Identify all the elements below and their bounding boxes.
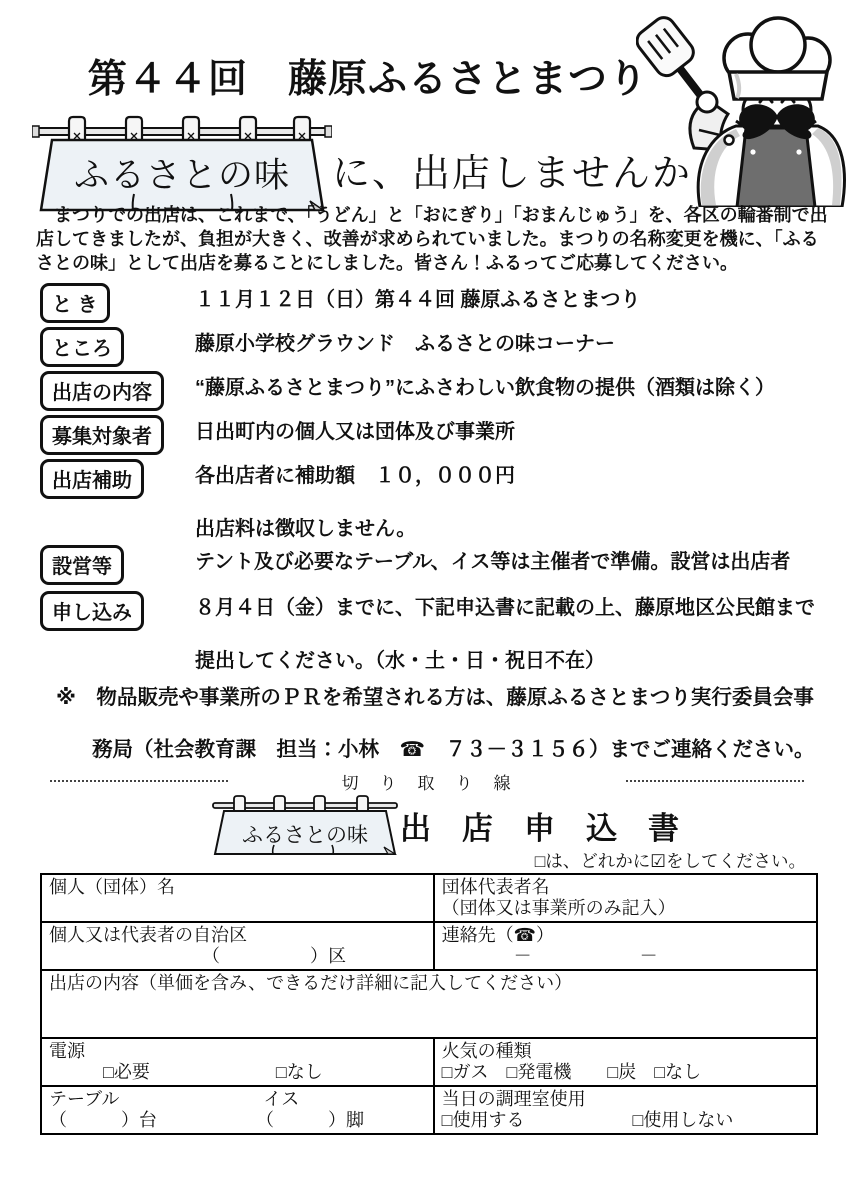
- detail-setup: 設営等 テント及び必要なテーブル、イス等は主催者で準備。設営は出店者: [40, 545, 830, 576]
- detail-content-type: 出店の内容 “藤原ふるさとまつり”にふさわしい飲食物の提供（酒類は除く）: [40, 371, 830, 402]
- pr-note: ※ 物品販売や事業所のＰＲを希望される方は、藤原ふるさとまつり実行委員会事 務局…: [56, 684, 815, 764]
- form-noren-banner: ふるさとの味: [212, 795, 398, 857]
- detail-eligibility: 募集対象者 日出町内の個人又は団体及び事業所: [40, 415, 830, 446]
- intro-line: まつりでの出店は、これまで、「うどん」と「おにぎり」「おまんじゅう」を、各区の輪…: [36, 203, 836, 227]
- field-value: １１月１２日（日）第４４回 藤原ふるさとまつり: [195, 286, 830, 314]
- field-label: 募集対象者: [40, 415, 164, 455]
- cut-line-label: 切 り 取 り 線: [342, 769, 513, 794]
- noren-text: ふるさとの味: [212, 819, 398, 849]
- field-label: 申し込み: [40, 591, 144, 631]
- detail-when: と き １１月１２日（日）第４４回 藤原ふるさとまつり: [40, 283, 830, 314]
- detail-where: ところ 藤原小学校グラウンド ふるさとの味コーナー: [40, 327, 830, 358]
- field-label: 設営等: [40, 545, 124, 585]
- cell-tables-chairs: テーブル イス （ ）台 （ ）脚: [41, 1086, 434, 1134]
- field-value: 提出してください。（水・土・日・祝日不在）: [195, 647, 830, 675]
- cell-fire-type: 火気の種類 □ガス □発電機 □炭 □なし: [434, 1038, 817, 1086]
- pr-note-line: ※ 物品販売や事業所のＰＲを希望される方は、藤原ふるさとまつり実行委員会事: [56, 684, 815, 712]
- field-value: ８月４日（金）までに、下記申込書に記載の上、藤原地区公民館まで: [195, 594, 830, 622]
- cell-kitchen-use: 当日の調理室使用 □使用する □使用しない: [434, 1086, 817, 1134]
- field-value: 日出町内の個人又は団体及び事業所: [195, 418, 830, 446]
- detail-application: 申し込み ８月４日（金）までに、下記申込書に記載の上、藤原地区公民館まで 提出し…: [40, 591, 830, 675]
- cut-line: 切 り 取 り 線: [38, 770, 816, 792]
- page-title: 第４４回 藤原ふるさとまつり: [88, 48, 648, 104]
- field-label: と き: [40, 283, 110, 323]
- field-value: 出店料は徴収しません。: [195, 515, 830, 543]
- field-value: 藤原小学校グラウンド ふるさとの味コーナー: [195, 330, 830, 358]
- application-table: 個人（団体）名 団体代表者名 （団体又は事業所のみ記入） 個人又は代表者の自治区…: [40, 873, 818, 1135]
- cell-applicant-name: 個人（団体）名: [41, 874, 434, 922]
- intro-line: さとの味」として出店を募ることにしました。皆さん！ふるってご応募してください。: [36, 251, 836, 275]
- noren-text: ふるさとの味: [32, 148, 332, 198]
- cell-representative-name: 団体代表者名 （団体又は事業所のみ記入）: [434, 874, 817, 922]
- field-value: 各出店者に補助額 １０，０００円: [195, 462, 830, 490]
- cut-line-dots: [626, 780, 804, 782]
- field-value: “藤原ふるさとまつり”にふさわしい飲食物の提供（酒類は除く）: [195, 374, 830, 402]
- form-title: 出 店 申 込 書: [400, 803, 679, 848]
- intro-paragraph: まつりでの出店は、これまで、「うどん」と「おにぎり」「おまんじゅう」を、各区の輪…: [36, 203, 836, 275]
- cell-district: 個人又は代表者の自治区 （ ）区: [41, 922, 434, 970]
- cell-content-detail: 出店の内容（単価を含み、できるだけ詳細に記入してください）: [41, 970, 817, 1038]
- cut-line-dots: [50, 780, 228, 782]
- pr-note-line: 務局（社会教育課 担当：小林 ☎ ７３－３１５６）までご連絡ください。: [92, 736, 815, 764]
- flyer-page: 第４４回 藤原ふるさとまつり: [0, 0, 849, 1200]
- checkbox-instruction: □は、どれかに☑をしてください。: [535, 848, 806, 873]
- detail-subsidy: 出店補助 各出店者に補助額 １０，０００円 出店料は徴収しません。: [40, 459, 830, 543]
- field-label: 出店補助: [40, 459, 144, 499]
- intro-line: 店してきましたが、負担が大きく、改善が求められていました。まつりの名称変更を機に…: [36, 227, 836, 251]
- cell-contact-phone: 連絡先（☎） － －: [434, 922, 817, 970]
- tagline-text: に、出店しませんか: [332, 142, 692, 197]
- cell-power: 電源 □必要 □なし: [41, 1038, 434, 1086]
- field-label: ところ: [40, 327, 124, 367]
- field-label: 出店の内容: [40, 371, 164, 411]
- field-value: テント及び必要なテーブル、イス等は主催者で準備。設営は出店者: [195, 548, 830, 576]
